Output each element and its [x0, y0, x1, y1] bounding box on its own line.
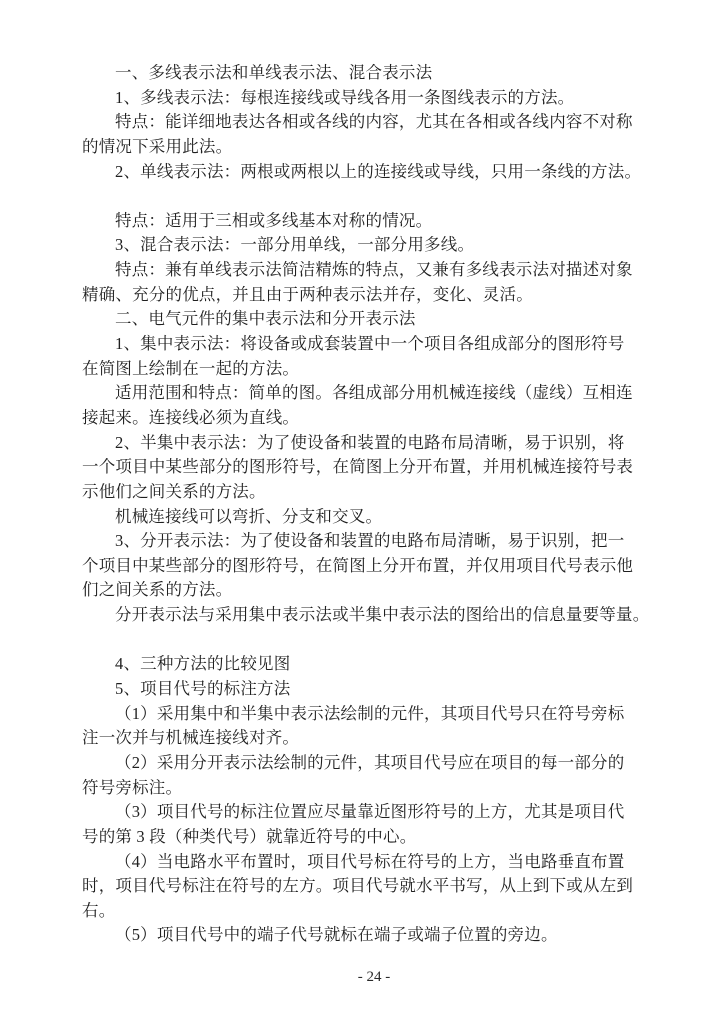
text-line: 号的第 3 段（种类代号）就靠近符号的中心。 [82, 825, 666, 850]
text-line: 3、分开表示法：为了使设备和装置的电路布局清晰，易于识别，把一 [82, 529, 666, 554]
text-line: （5）项目代号中的端子代号就标在端子或端子位置的旁边。 [82, 923, 666, 948]
text-line: 示他们之间关系的方法。 [82, 480, 666, 505]
page-number: - 24 - [82, 966, 666, 988]
text-line: 1、集中表示法：将设备或成套装置中一个项目各组成部分的图形符号 [82, 332, 666, 357]
text-line: 5、项目代号的标注方法 [82, 677, 666, 702]
text-line: 个项目中某些部分的图形符号，在简图上分开布置，并仅用项目代号表示他 [82, 554, 666, 579]
text-line: 一、多线表示法和单线表示法、混合表示法 [82, 61, 666, 86]
text-line: 2、单线表示法：两根或两根以上的连接线或导线，只用一条线的方法。 [82, 160, 666, 185]
text-line: 在简图上绘制在一起的方法。 [82, 357, 666, 382]
text-line: （1）采用集中和半集中表示法绘制的元件，其项目代号只在符号旁标 [82, 702, 666, 727]
text-line: （4）当电路水平布置时，项目代号标在符号的上方，当电路垂直布置 [82, 850, 666, 875]
text-line: 二、电气元件的集中表示法和分开表示法 [82, 307, 666, 332]
text-line: 注一次并与机械连接线对齐。 [82, 726, 666, 751]
text-line: 的情况下采用此法。 [82, 135, 666, 160]
text-line: （3）项目代号的标注位置应尽量靠近图形符号的上方，尤其是项目代 [82, 800, 666, 825]
text-line [82, 628, 666, 653]
text-line: 2、半集中表示法：为了使设备和装置的电路布局清晰，易于识别，将 [82, 431, 666, 456]
text-line: （2）采用分开表示法绘制的元件，其项目代号应在项目的每一部分的 [82, 751, 666, 776]
text-line: 1、多线表示法：每根连接线或导线各用一条图线表示的方法。 [82, 86, 666, 111]
document-page: 一、多线表示法和单线表示法、混合表示法1、多线表示法：每根连接线或导线各用一条图… [0, 0, 724, 1024]
text-line: 精确、充分的优点，并且由于两种表示法并存，变化、灵活。 [82, 283, 666, 308]
text-line [82, 184, 666, 209]
text-line: 特点：能详细地表达各相或各线的内容，尤其在各相或各线内容不对称 [82, 110, 666, 135]
text-line: 机械连接线可以弯折、分支和交叉。 [82, 505, 666, 530]
text-line: 分开表示法与采用集中表示法或半集中表示法的图给出的信息量要等量。 [82, 603, 666, 628]
text-line: 时，项目代号标注在符号的左方。项目代号就水平书写，从上到下或从左到 [82, 874, 666, 899]
text-line: 特点：适用于三相或多线基本对称的情况。 [82, 209, 666, 234]
text-line: 符号旁标注。 [82, 776, 666, 801]
text-line: 接起来。连接线必须为直线。 [82, 406, 666, 431]
text-line: 们之间关系的方法。 [82, 578, 666, 603]
text-line: 右。 [82, 899, 666, 924]
text-line: 3、混合表示法：一部分用单线，一部分用多线。 [82, 233, 666, 258]
text-line: 适用范围和特点：简单的图。各组成部分用机械连接线（虚线）互相连 [82, 381, 666, 406]
document-body: 一、多线表示法和单线表示法、混合表示法1、多线表示法：每根连接线或导线各用一条图… [82, 61, 666, 948]
text-line: 特点：兼有单线表示法简洁精炼的特点，又兼有多线表示法对描述对象 [82, 258, 666, 283]
text-line: 一个项目中某些部分的图形符号，在简图上分开布置，并用机械连接符号表 [82, 455, 666, 480]
text-line: 4、三种方法的比较见图 [82, 652, 666, 677]
